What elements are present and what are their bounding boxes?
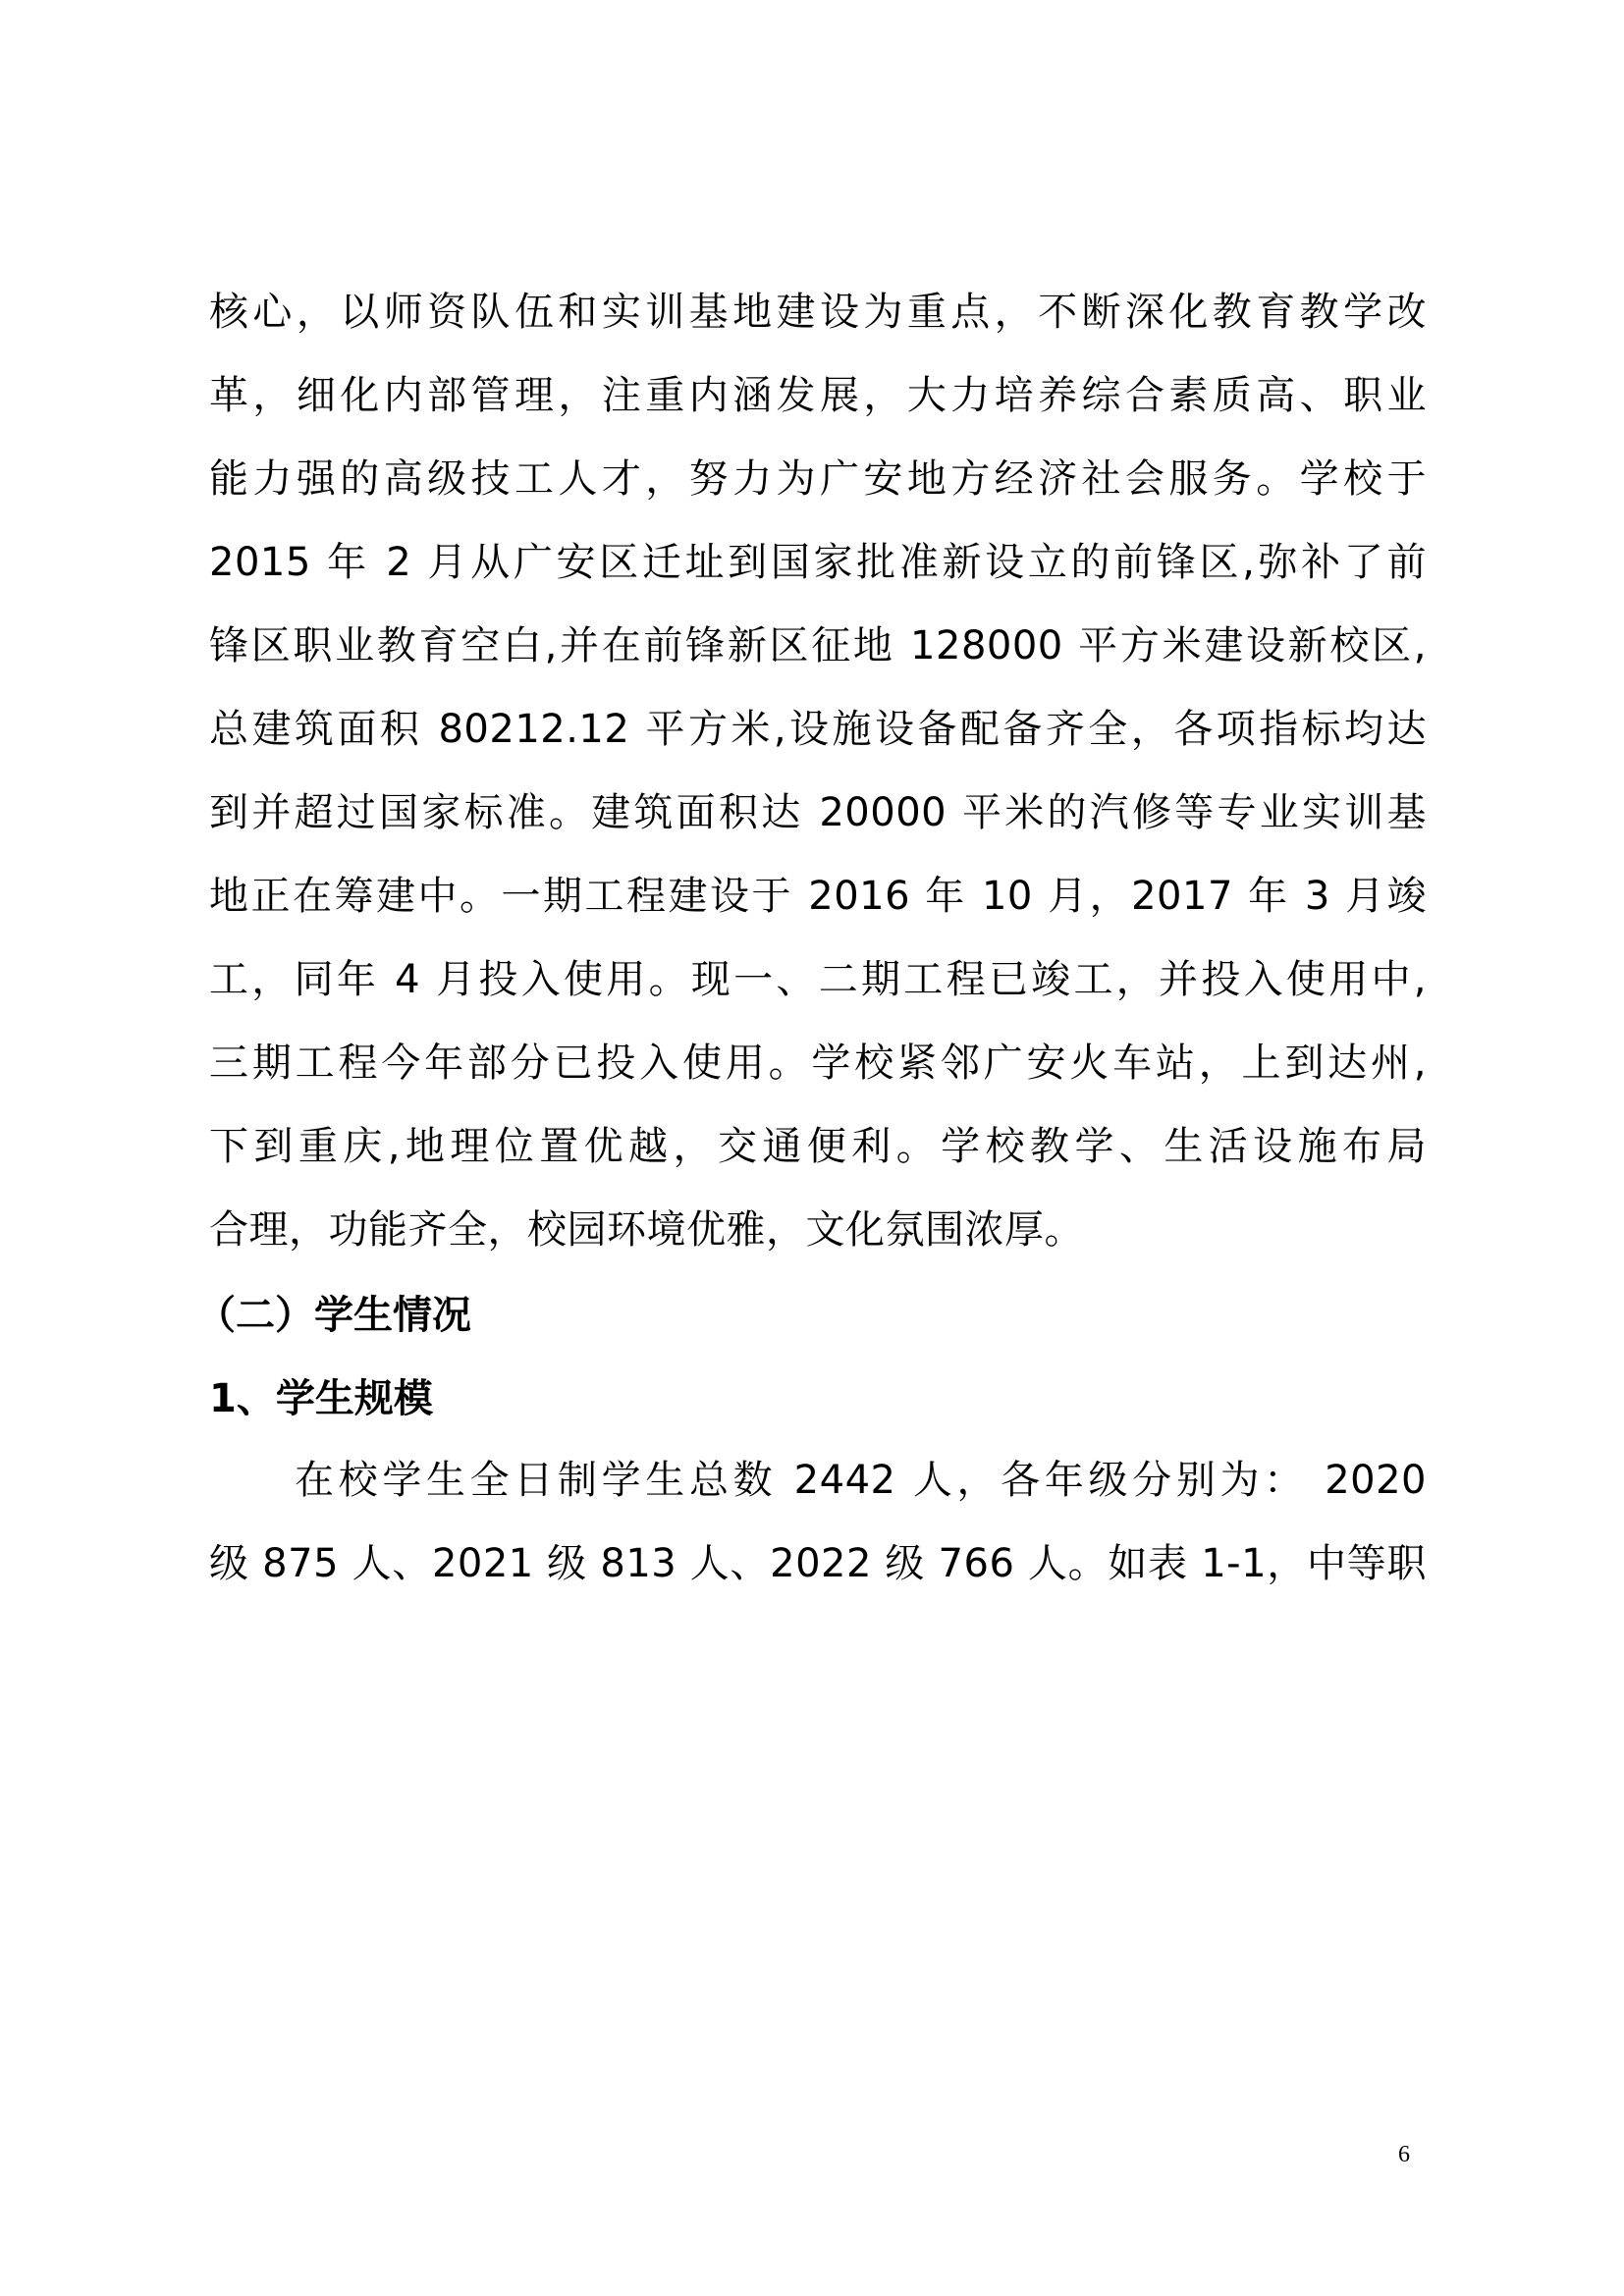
paragraph-line: 地正在筹建中。一期工程建设于 2016 年 10 月，2017 年 3 月竣 <box>209 869 1427 924</box>
body-line: 在校学生全日制学生总数 2442 人，各年级分别为： 2020 <box>295 1453 1427 1508</box>
paragraph-line: 三期工程今年部分已投入使用。学校紧邻广安火车站，上到达州, <box>209 1036 1427 1091</box>
paragraph-line: 能力强的高级技工人才，努力为广安地方经济社会服务。学校于 <box>209 452 1427 507</box>
paragraph-line: 到并超过国家标准。建筑面积达 20000 平米的汽修等专业实训基 <box>209 785 1427 840</box>
paragraph-line: 核心，以师资队伍和实训基地建设为重点，不断深化教育教学改 <box>209 285 1427 340</box>
paragraph-line: 锋区职业教育空白,并在前锋新区征地 128000 平方米建设新校区, <box>209 618 1427 673</box>
subsection-heading: 1、学生规模 <box>209 1371 433 1426</box>
page-number: 6 <box>1398 2140 1410 2169</box>
paragraph-line: 2015 年 2 月从广安区迁址到国家批准新设立的前锋区,弥补了前 <box>209 535 1427 590</box>
document-page: 核心，以师资队伍和实训基地建设为重点，不断深化教育教学改 革，细化内部管理，注重… <box>0 0 1624 2296</box>
body-line: 级 875 人、2021 级 813 人、2022 级 766 人。如表 1-1… <box>209 1536 1427 1591</box>
paragraph-line: 革，细化内部管理，注重内涵发展，大力培养综合素质高、职业 <box>209 368 1427 423</box>
section-heading: （二）学生情况 <box>196 1288 471 1343</box>
paragraph-line: 总建筑面积 80212.12 平方米,设施设备配备齐全，各项指标均达 <box>209 702 1427 757</box>
paragraph-line: 工，同年 4 月投入使用。现一、二期工程已竣工，并投入使用中, <box>209 952 1427 1007</box>
paragraph-line: 合理，功能齐全，校园环境优雅，文化氛围浓厚。 <box>209 1202 1427 1257</box>
paragraph-line: 下到重庆,地理位置优越，交通便利。学校教学、生活设施布局 <box>209 1119 1427 1174</box>
